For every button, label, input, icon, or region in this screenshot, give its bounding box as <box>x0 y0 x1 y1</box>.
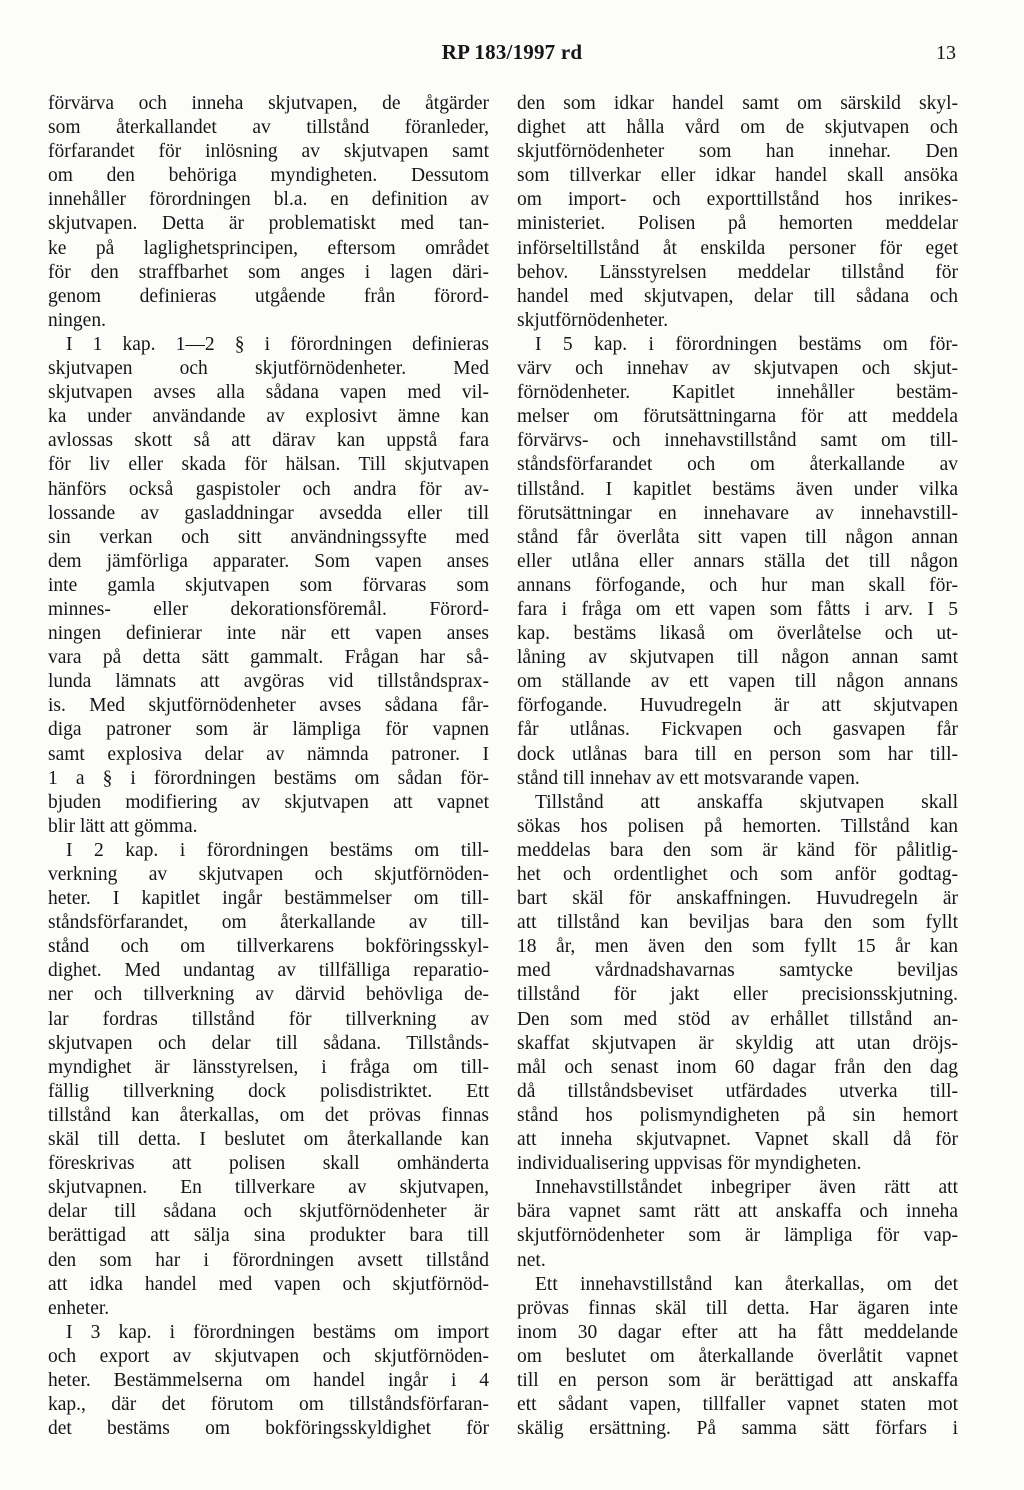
text-line: enheter. <box>48 1297 489 1321</box>
text-line: avlossas skott så att därav kan uppstå f… <box>48 429 489 453</box>
text-line: ningen. <box>48 309 489 333</box>
text-line: ett sådant vapen, tillfaller vapnet stat… <box>517 1393 958 1417</box>
text-line: skäl till detta. I beslutet om återkalla… <box>48 1128 489 1152</box>
text-line: 18 år, men även den som fyllt 15 år kan <box>517 935 958 959</box>
text-line: delar till sådana och skjutförnödenheter… <box>48 1200 489 1224</box>
text-line: I 5 kap. i förordningen bestäms om för- <box>517 333 958 357</box>
text-line: 1 a § i förordningen bestäms om sådan fö… <box>48 767 489 791</box>
text-line: ke på laglighetsprincipen, eftersom områ… <box>48 237 489 261</box>
text-line: ningen definierar inte när ett vapen ans… <box>48 622 489 646</box>
left-column: förvärva och inneha skjutvapen, de åtgär… <box>48 92 489 1441</box>
text-line: och export av skjutvapen och skjutförnöd… <box>48 1345 489 1369</box>
text-line: om import- och exporttillstånd hos inrik… <box>517 188 958 212</box>
text-line: eller utlåna eller annars ställa det til… <box>517 550 958 574</box>
text-line: den som har i förordningen avsett tillst… <box>48 1249 489 1273</box>
text-line: för den straffbarhet som anges i lagen d… <box>48 261 489 285</box>
text-line: förutsättningar en innehavare av innehav… <box>517 502 958 526</box>
text-line: lar fordras tillstånd för tillverkning a… <box>48 1008 489 1032</box>
text-line: bjuden modifiering av skjutvapen att vap… <box>48 791 489 815</box>
text-line: hänförs också gaspistoler och andra för … <box>48 478 489 502</box>
text-line: ministeriet. Polisen på hemorten meddela… <box>517 212 958 236</box>
text-line: föreskrivas att polisen skall omhänderta <box>48 1152 489 1176</box>
text-line: Innehavstillståndet inbegriper även rätt… <box>517 1176 958 1200</box>
text-line: fara i fråga om ett vapen som fåtts i ar… <box>517 598 958 622</box>
text-line: is. Med skjutförnödenheter avses sådana … <box>48 694 489 718</box>
text-line: het och ordentlighet och som anför godta… <box>517 863 958 887</box>
text-line: om den behöriga myndigheten. Dessutom <box>48 164 489 188</box>
text-line: mål och senast inom 60 dagar från den da… <box>517 1056 958 1080</box>
text-line: skjutförnödenheter som han innehar. Den <box>517 140 958 164</box>
text-line: till en person som är berättigad att ans… <box>517 1369 958 1393</box>
text-line: för liv eller skada för hälsan. Till skj… <box>48 453 489 477</box>
text-line: stånd får överlåta sitt vapen till någon… <box>517 526 958 550</box>
text-line: skälig ersättning. På samma sätt förfars… <box>517 1417 958 1441</box>
text-line: bart skäl för anskaffningen. Huvudregeln… <box>517 887 958 911</box>
text-line: behov. Länsstyrelsen meddelar tillstånd … <box>517 261 958 285</box>
text-line: minnes- eller dekorationsföremål. Förord… <box>48 598 489 622</box>
text-line: då tillståndsbeviset utfärdades utverka … <box>517 1080 958 1104</box>
text-line: diga patroner som är lämpliga för vapnen <box>48 718 489 742</box>
text-line: melser om förutsättningarna för att medd… <box>517 405 958 429</box>
text-line: heter. I kapitlet ingår bestämmelser om … <box>48 887 489 911</box>
text-line: om ställande av ett vapen till någon ann… <box>517 670 958 694</box>
text-line: Tillstånd att anskaffa skjutvapen skall <box>517 791 958 815</box>
text-line: dock utlånas bara till en person som har… <box>517 743 958 767</box>
text-line: heter. Bestämmelserna om handel ingår i … <box>48 1369 489 1393</box>
text-line: skjutvapen. Detta är problematiskt med t… <box>48 212 489 236</box>
text-line: berättigad att sälja sina produkter bara… <box>48 1224 489 1248</box>
text-line: dighet att hålla vård om de skjutvapen o… <box>517 116 958 140</box>
right-column: den som idkar handel samt om särskild sk… <box>517 92 958 1441</box>
text-line: stånd och om tillverkarens bokföringssky… <box>48 935 489 959</box>
text-line: skjutförnödenheter som är lämpliga för v… <box>517 1224 958 1248</box>
text-line: sin verkan och sitt användningssyfte med <box>48 526 489 550</box>
text-line: tillstånd. I kapitlet bestäms även under… <box>517 478 958 502</box>
text-line: prövas finnas skäl till detta. Har ägare… <box>517 1297 958 1321</box>
text-line: verkning av skjutvapen och skjutförnöden… <box>48 863 489 887</box>
text-line: som tillverkar eller idkar handel skall … <box>517 164 958 188</box>
text-line: kap., där det förutom om tillståndsförfa… <box>48 1393 489 1417</box>
text-line: kap. bestäms likaså om överlåtelse och u… <box>517 622 958 646</box>
text-line: I 3 kap. i förordningen bestäms om impor… <box>48 1321 489 1345</box>
text-line: handel med skjutvapen, delar till sådana… <box>517 285 958 309</box>
text-line: att tillstånd kan beviljas bara den som … <box>517 911 958 935</box>
text-line: dem jämförliga apparater. Som vapen anse… <box>48 550 489 574</box>
text-line: bära vapnet samt rätt att anskaffa och i… <box>517 1200 958 1224</box>
document-id-header: RP 183/1997 rd <box>0 40 1024 65</box>
text-line: dighet. Med undantag av tillfälliga repa… <box>48 959 489 983</box>
text-line: den som idkar handel samt om särskild sk… <box>517 92 958 116</box>
text-line: får utlånas. Fickvapen och gasvapen får <box>517 718 958 742</box>
text-line: ståndsförfarandet, om återkallande av ti… <box>48 911 489 935</box>
text-line: inte gamla skjutvapen som förvaras som <box>48 574 489 598</box>
text-line: inom 30 dagar efter att ha fått meddelan… <box>517 1321 958 1345</box>
text-line: som återkallandet av tillstånd föranlede… <box>48 116 489 140</box>
page-number: 13 <box>900 42 956 65</box>
text-line: lunda lämnats att avgöras vid tillstånds… <box>48 670 489 694</box>
text-line: skaffat skjutvapen är skyldig att utan d… <box>517 1032 958 1056</box>
document-page: RP 183/1997 rd 13 förvärva och inneha sk… <box>0 0 1024 1490</box>
text-line: om beslutet om återkallande överlåtit va… <box>517 1345 958 1369</box>
text-line: myndighet är länsstyrelsen, i fråga om t… <box>48 1056 489 1080</box>
text-line: med vårdnadshavarnas samtycke beviljas <box>517 959 958 983</box>
text-line: meddelas bara den som är känd för pålitl… <box>517 839 958 863</box>
text-line: skjutvapen och skjutförnödenheter. Med <box>48 357 489 381</box>
text-line: värv och innehav av skjutvapen och skjut… <box>517 357 958 381</box>
text-line: det bestäms om bokföringsskyldighet för <box>48 1417 489 1441</box>
text-line: att inneha skjutvapnet. Vapnet skall då … <box>517 1128 958 1152</box>
text-line: Den som med stöd av erhållet tillstånd a… <box>517 1008 958 1032</box>
text-line: net. <box>517 1249 958 1273</box>
text-line: förfogande. Huvudregeln är att skjutvape… <box>517 694 958 718</box>
text-line: införseltillstånd åt enskilda personer f… <box>517 237 958 261</box>
text-line: I 1 kap. 1—2 § i förordningen definieras <box>48 333 489 357</box>
text-line: tillstånd kan återkallas, om det prövas … <box>48 1104 489 1128</box>
text-line: förnödenheter. Kapitlet innehåller bestä… <box>517 381 958 405</box>
text-line: blir lätt att gömma. <box>48 815 489 839</box>
text-line: förvärva och inneha skjutvapen, de åtgär… <box>48 92 489 116</box>
text-line: ka under användande av explosivt ämne ka… <box>48 405 489 429</box>
text-line: stånd till innehav av ett motsvarande va… <box>517 767 958 791</box>
text-line: att idka handel med vapen och skjutförnö… <box>48 1273 489 1297</box>
text-line: skjutvapnen. En tillverkare av skjutvape… <box>48 1176 489 1200</box>
text-line: ner och tillverkning av därvid behövliga… <box>48 983 489 1007</box>
text-line: skjutförnödenheter. <box>517 309 958 333</box>
text-line: Ett innehavstillstånd kan återkallas, om… <box>517 1273 958 1297</box>
text-line: annans förfogande, och hur man skall för… <box>517 574 958 598</box>
text-line: sökas hos polisen på hemorten. Tillstånd… <box>517 815 958 839</box>
text-line: skjutvapen och delar till sådana. Tillst… <box>48 1032 489 1056</box>
text-line: innehåller förordningen bl.a. en definit… <box>48 188 489 212</box>
text-line: lossande av gasladdningar avsedda eller … <box>48 502 489 526</box>
text-line: individualisering uppvisas för myndighet… <box>517 1152 958 1176</box>
text-line: ståndsförfarandet och om återkallande av <box>517 453 958 477</box>
text-line: låning av skjutvapen till någon annan sa… <box>517 646 958 670</box>
text-line: samt explosiva delar av nämnda patroner.… <box>48 743 489 767</box>
text-line: stånd hos polismyndigheten på sin hemort <box>517 1104 958 1128</box>
text-line: skjutvapen avses alla sådana vapen med v… <box>48 381 489 405</box>
text-line: I 2 kap. i förordningen bestäms om till- <box>48 839 489 863</box>
text-line: förfarandet för inlösning av skjutvapen … <box>48 140 489 164</box>
text-line: vara på detta sätt gammalt. Frågan har s… <box>48 646 489 670</box>
text-line: förvärvs- och innehavstillstånd samt om … <box>517 429 958 453</box>
text-line: genom definieras utgående från förord- <box>48 285 489 309</box>
text-line: tillstånd för jakt eller precisionsskjut… <box>517 983 958 1007</box>
text-line: fällig tillverkning dock polisdistriktet… <box>48 1080 489 1104</box>
